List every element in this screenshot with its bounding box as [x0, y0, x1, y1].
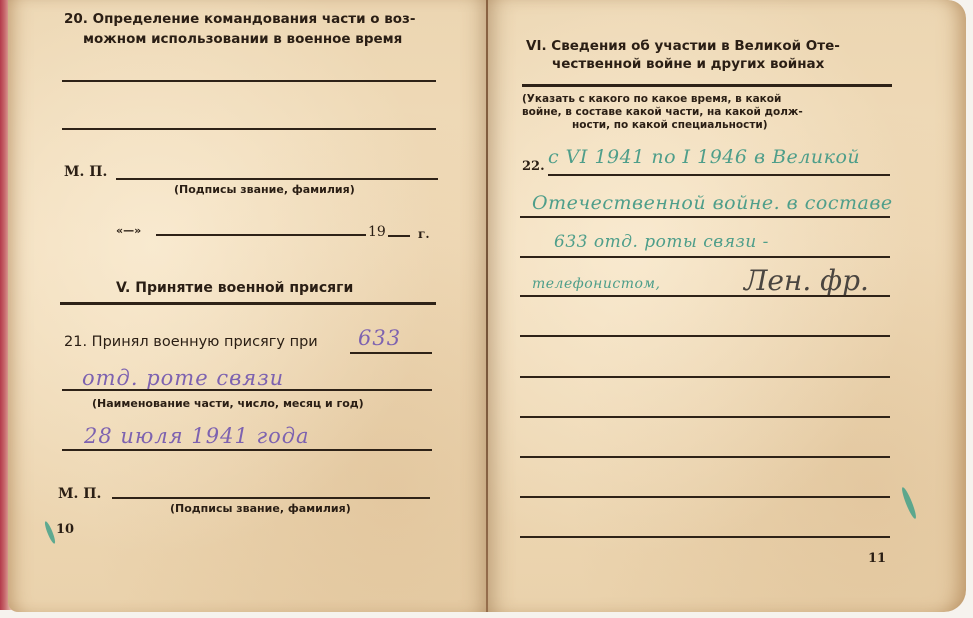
stamp2-caption: (Подписы звание, фамилия) [170, 503, 351, 514]
item22-line-3 [520, 256, 890, 258]
item21-unit-number-line [350, 352, 432, 354]
blank-line-5 [520, 335, 890, 337]
green-ink-stain [900, 486, 918, 520]
item22-handwritten-line-2: Отечественной войне. в составе [532, 192, 893, 214]
stamp1-signature-line [116, 178, 438, 180]
blank-line-10 [520, 536, 890, 538]
left-page: 20. Определение командования части о воз… [8, 0, 488, 612]
item22-line-2 [520, 216, 890, 218]
date-line [156, 234, 366, 236]
item22-handwritten-line-1: с VI 1941 по I 1946 в Великой [548, 146, 860, 168]
item22-handwritten-dark: Лен. фр. [744, 264, 869, 297]
item22-handwritten-line-4: телефонистом, [532, 276, 661, 292]
blank-line-8 [520, 456, 890, 458]
item22-line-1 [548, 174, 890, 176]
date-year-suffix: г. [418, 228, 430, 240]
blank-line-7 [520, 416, 890, 418]
instruction-line3: ности, по какой специальности) [572, 120, 768, 131]
item20-answer-line-2 [62, 128, 436, 130]
section5-title: V. Принятие военной присяги [116, 281, 353, 295]
item22-line-4 [520, 295, 890, 297]
item22-handwritten-line-3: 633 отд. роты связи - [554, 232, 769, 252]
date-quote: «—» [116, 225, 141, 236]
section6-title-line1: VI. Сведения об участии в Великой Оте- [526, 40, 840, 54]
date-year-prefix: 19 [368, 225, 386, 239]
item21-date-line [62, 449, 432, 451]
stamp2-signature-line [112, 497, 430, 499]
stamp2-mp-label: М. П. [58, 487, 101, 501]
blank-line-9 [520, 496, 890, 498]
item21-unit-name-line [62, 389, 432, 391]
item21-handwritten-unit-name: отд. роте связи [82, 366, 284, 390]
item21-handwritten-date: 28 июля 1941 года [84, 424, 310, 448]
item21-handwritten-unit-number: 633 [358, 326, 401, 350]
item21-caption: (Наименование части, число, месяц и год) [92, 398, 364, 409]
right-page: VI. Сведения об участии в Великой Оте- ч… [488, 0, 966, 612]
item22-label: 22. [522, 160, 545, 173]
date-year-blank [388, 235, 410, 237]
military-booklet-spread: 20. Определение командования части о воз… [0, 0, 973, 618]
blank-line-6 [520, 376, 890, 378]
section6-title-line2: чественной войне и других войнах [552, 58, 824, 72]
stamp1-mp-label: М. П. [64, 165, 107, 179]
item20-answer-line-1 [62, 80, 436, 82]
right-page-number: 11 [868, 552, 886, 565]
section6-title-rule [522, 84, 892, 87]
item20-label-line2: можном использовании в военное время [83, 33, 402, 47]
instruction-line1: (Указать с какого по какое время, в како… [522, 94, 781, 105]
left-page-number: 10 [56, 523, 74, 536]
item21-label: 21. Принял военную присягу при [64, 335, 318, 350]
section5-title-rule [60, 302, 436, 305]
instruction-line2: войне, в составе какой части, на какой д… [522, 107, 803, 118]
item20-label-line1: 20. Определение командования части о воз… [64, 13, 415, 27]
green-ink-stain [43, 520, 57, 544]
stamp1-caption: (Подписы звание, фамилия) [174, 184, 355, 195]
